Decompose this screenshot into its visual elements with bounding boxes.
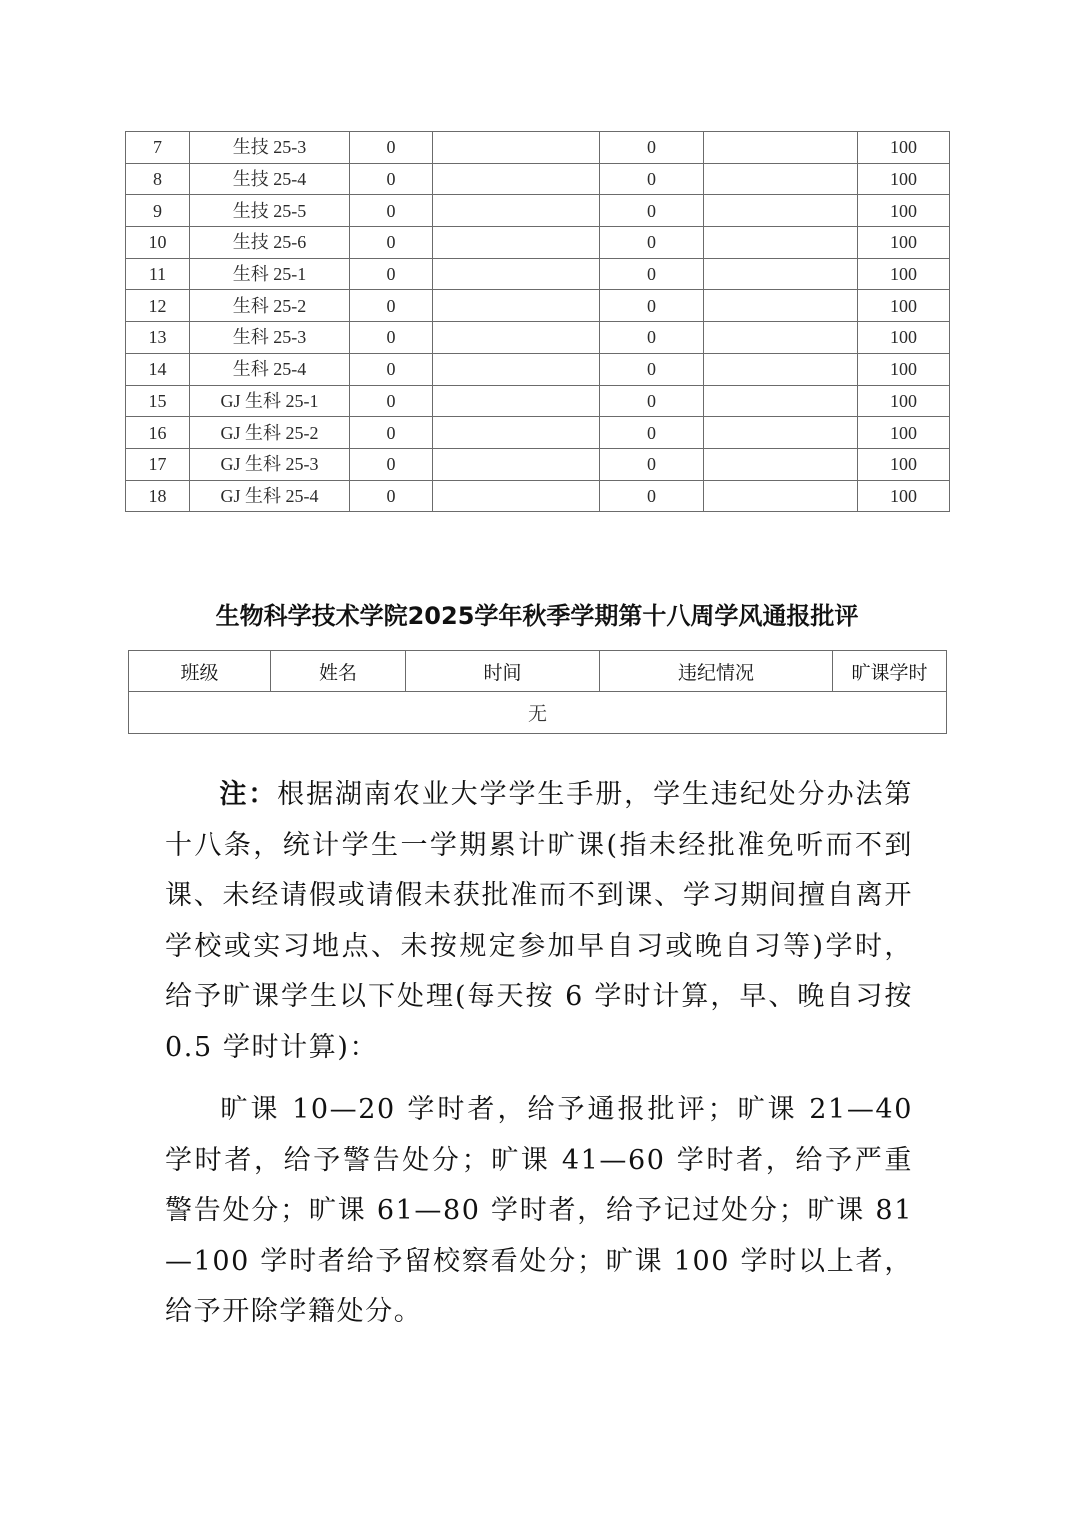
table-row: 14生科 25-400100 bbox=[126, 353, 950, 385]
table-row: 16GJ 生科 25-200100 bbox=[126, 417, 950, 449]
row-number-cell: 8 bbox=[126, 163, 190, 195]
count-a-cell: 0 bbox=[350, 480, 433, 512]
count-b-cell: 0 bbox=[600, 353, 704, 385]
table-row: 11生科 25-100100 bbox=[126, 258, 950, 290]
note-text-1: 根据湖南农业大学学生手册，学生违纪处分办法第十八条，统计学生一学期累计旷课(指未… bbox=[165, 779, 913, 1063]
class-name-cell: GJ 生科 25-1 bbox=[190, 385, 350, 417]
attendance-table: 7生技 25-3001008生技 25-4001009生技 25-5001001… bbox=[125, 131, 950, 512]
class-name-cell: 生技 25-5 bbox=[190, 195, 350, 227]
row-number-cell: 14 bbox=[126, 353, 190, 385]
score-cell: 100 bbox=[858, 480, 950, 512]
table-row: 10生技 25-600100 bbox=[126, 227, 950, 259]
detail-b-cell bbox=[704, 290, 858, 322]
criticism-table: 班级 姓名 时间 违纪情况 旷课学时 无 bbox=[128, 650, 947, 734]
score-cell: 100 bbox=[858, 322, 950, 354]
detail-a-cell bbox=[433, 417, 600, 449]
count-a-cell: 0 bbox=[350, 385, 433, 417]
class-name-cell: 生技 25-3 bbox=[190, 132, 350, 164]
detail-a-cell bbox=[433, 353, 600, 385]
detail-a-cell bbox=[433, 132, 600, 164]
row-number-cell: 17 bbox=[126, 448, 190, 480]
count-a-cell: 0 bbox=[350, 132, 433, 164]
count-b-cell: 0 bbox=[600, 448, 704, 480]
header-class: 班级 bbox=[129, 651, 271, 692]
note-label: 注： bbox=[219, 779, 277, 810]
detail-a-cell bbox=[433, 163, 600, 195]
score-cell: 100 bbox=[858, 448, 950, 480]
count-a-cell: 0 bbox=[350, 353, 433, 385]
detail-a-cell bbox=[433, 448, 600, 480]
note-paragraph-1: 注：根据湖南农业大学学生手册，学生违纪处分办法第十八条，统计学生一学期累计旷课(… bbox=[165, 770, 913, 1073]
row-number-cell: 7 bbox=[126, 132, 190, 164]
count-b-cell: 0 bbox=[600, 290, 704, 322]
table-row: 18GJ 生科 25-400100 bbox=[126, 480, 950, 512]
header-violation: 违纪情况 bbox=[600, 651, 833, 692]
detail-a-cell bbox=[433, 258, 600, 290]
row-number-cell: 18 bbox=[126, 480, 190, 512]
detail-a-cell bbox=[433, 385, 600, 417]
row-number-cell: 10 bbox=[126, 227, 190, 259]
score-cell: 100 bbox=[858, 417, 950, 449]
class-name-cell: 生技 25-6 bbox=[190, 227, 350, 259]
row-number-cell: 11 bbox=[126, 258, 190, 290]
count-b-cell: 0 bbox=[600, 480, 704, 512]
detail-b-cell bbox=[704, 132, 858, 164]
count-a-cell: 0 bbox=[350, 417, 433, 449]
note-paragraph-2: 旷课 10—20 学时者，给予通报批评；旷课 21—40 学时者，给予警告处分；… bbox=[165, 1085, 913, 1338]
count-a-cell: 0 bbox=[350, 258, 433, 290]
row-number-cell: 15 bbox=[126, 385, 190, 417]
score-cell: 100 bbox=[858, 195, 950, 227]
score-cell: 100 bbox=[858, 258, 950, 290]
count-b-cell: 0 bbox=[600, 163, 704, 195]
count-b-cell: 0 bbox=[600, 227, 704, 259]
row-number-cell: 12 bbox=[126, 290, 190, 322]
count-b-cell: 0 bbox=[600, 322, 704, 354]
note-text-2: 旷课 10—20 学时者，给予通报批评；旷课 21—40 学时者，给予警告处分；… bbox=[165, 1094, 913, 1327]
table-row: 9生技 25-500100 bbox=[126, 195, 950, 227]
count-b-cell: 0 bbox=[600, 258, 704, 290]
detail-a-cell bbox=[433, 227, 600, 259]
count-a-cell: 0 bbox=[350, 227, 433, 259]
header-absent-hours: 旷课学时 bbox=[833, 651, 947, 692]
detail-b-cell bbox=[704, 258, 858, 290]
count-a-cell: 0 bbox=[350, 195, 433, 227]
score-cell: 100 bbox=[858, 227, 950, 259]
class-name-cell: 生科 25-2 bbox=[190, 290, 350, 322]
table-row: 13生科 25-300100 bbox=[126, 322, 950, 354]
criticism-title: 生物科学技术学院2025学年秋季学期第十八周学风通报批评 bbox=[0, 596, 1074, 631]
class-name-cell: 生技 25-4 bbox=[190, 163, 350, 195]
detail-b-cell bbox=[704, 163, 858, 195]
count-a-cell: 0 bbox=[350, 448, 433, 480]
criticism-header-row: 班级 姓名 时间 违纪情况 旷课学时 bbox=[129, 651, 947, 692]
detail-b-cell bbox=[704, 480, 858, 512]
class-name-cell: GJ 生科 25-3 bbox=[190, 448, 350, 480]
score-cell: 100 bbox=[858, 353, 950, 385]
count-b-cell: 0 bbox=[600, 132, 704, 164]
class-name-cell: 生科 25-1 bbox=[190, 258, 350, 290]
class-name-cell: 生科 25-3 bbox=[190, 322, 350, 354]
detail-a-cell bbox=[433, 322, 600, 354]
detail-b-cell bbox=[704, 353, 858, 385]
score-cell: 100 bbox=[858, 385, 950, 417]
table-row: 8生技 25-400100 bbox=[126, 163, 950, 195]
table-row: 7生技 25-300100 bbox=[126, 132, 950, 164]
score-cell: 100 bbox=[858, 132, 950, 164]
count-b-cell: 0 bbox=[600, 417, 704, 449]
detail-b-cell bbox=[704, 195, 858, 227]
table-row: 12生科 25-200100 bbox=[126, 290, 950, 322]
detail-a-cell bbox=[433, 195, 600, 227]
table-row: 15GJ 生科 25-100100 bbox=[126, 385, 950, 417]
detail-b-cell bbox=[704, 417, 858, 449]
detail-a-cell bbox=[433, 290, 600, 322]
detail-b-cell bbox=[704, 385, 858, 417]
table-row: 17GJ 生科 25-300100 bbox=[126, 448, 950, 480]
detail-b-cell bbox=[704, 227, 858, 259]
detail-a-cell bbox=[433, 480, 600, 512]
row-number-cell: 13 bbox=[126, 322, 190, 354]
row-number-cell: 16 bbox=[126, 417, 190, 449]
score-cell: 100 bbox=[858, 163, 950, 195]
class-name-cell: 生科 25-4 bbox=[190, 353, 350, 385]
class-name-cell: GJ 生科 25-2 bbox=[190, 417, 350, 449]
criticism-empty-row: 无 bbox=[129, 692, 947, 734]
row-number-cell: 9 bbox=[126, 195, 190, 227]
empty-cell: 无 bbox=[129, 692, 947, 734]
count-a-cell: 0 bbox=[350, 163, 433, 195]
header-time: 时间 bbox=[406, 651, 600, 692]
count-a-cell: 0 bbox=[350, 322, 433, 354]
count-a-cell: 0 bbox=[350, 290, 433, 322]
count-b-cell: 0 bbox=[600, 385, 704, 417]
detail-b-cell bbox=[704, 322, 858, 354]
detail-b-cell bbox=[704, 448, 858, 480]
score-cell: 100 bbox=[858, 290, 950, 322]
header-name: 姓名 bbox=[271, 651, 406, 692]
count-b-cell: 0 bbox=[600, 195, 704, 227]
class-name-cell: GJ 生科 25-4 bbox=[190, 480, 350, 512]
